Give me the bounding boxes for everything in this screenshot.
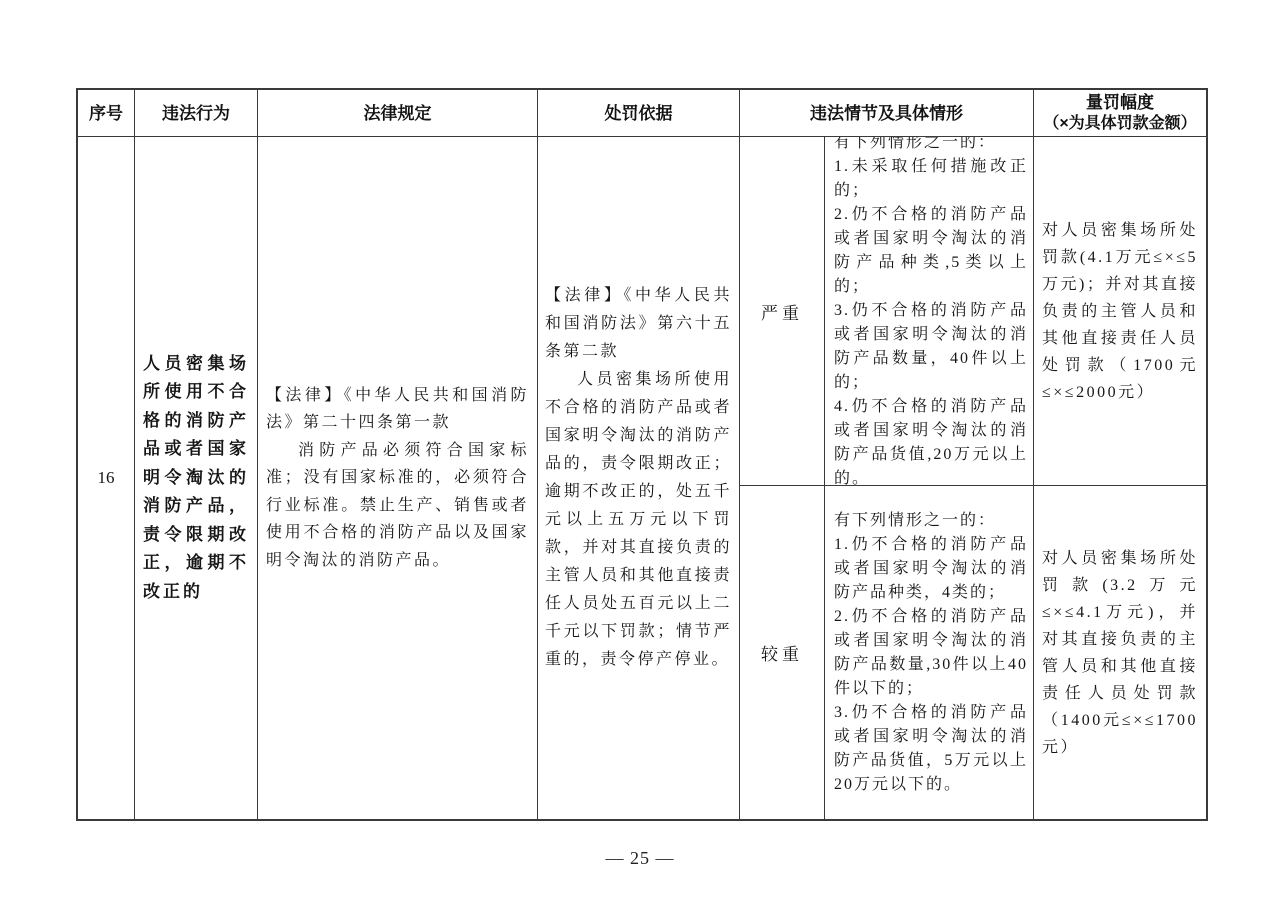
header-penalty-range-label: 量罚幅度 (1086, 92, 1154, 113)
penalty-basis-heading: 【法律】《中华人民共和国消防法》第六十五条第二款 (545, 282, 732, 366)
penalty-range-text-serious: 对人员密集场所处罚款(3.2万元≤×≤4.1万元)，并对其直接负责的主管人员和其… (1042, 545, 1198, 761)
penalty-range-cell-serious: 对人员密集场所处罚款(3.2万元≤×≤4.1万元)，并对其直接负责的主管人员和其… (1034, 486, 1206, 819)
circumstances-cell-severe: 有下列情形之一的： 1.未采取任何措施改正的； 2.仍不合格的消防产品或者国家明… (825, 137, 1034, 486)
serial-number-cell: 16 (78, 137, 135, 819)
legal-provision-body: 消防产品必须符合国家标准；没有国家标准的，必须符合行业标准。禁止生产、销售或者使… (266, 437, 529, 575)
circumstance-item: 1.仍不合格的消防产品或者国家明令淘汰的消防产品种类，4类的； (834, 533, 1028, 605)
severity-cell-serious: 较重 (740, 486, 825, 819)
header-serial: 序号 (78, 90, 135, 137)
circumstances-intro: 有下列情形之一的： (834, 137, 1028, 155)
page-number: — 25 — (0, 848, 1280, 869)
penalty-basis-cell: 【法律】《中华人民共和国消防法》第六十五条第二款 人员密集场所使用不合格的消防产… (538, 137, 740, 819)
penalty-basis-body: 人员密集场所使用不合格的消防产品或者国家明令淘汰的消防产品的，责令限期改正；逾期… (545, 366, 732, 674)
severity-label-serious: 较重 (761, 640, 803, 665)
circumstance-item: 4.仍不合格的消防产品或者国家明令淘汰的消防产品货值,20万元以上的。 (834, 395, 1028, 486)
legal-provision-cell: 【法律】《中华人民共和国消防法》第二十四条第一款 消防产品必须符合国家标准；没有… (258, 137, 538, 819)
header-penalty-basis: 处罚依据 (538, 90, 740, 137)
circumstances-intro: 有下列情形之一的： (834, 509, 1028, 533)
header-penalty-basis-label: 处罚依据 (605, 103, 673, 124)
circumstance-item: 3.仍不合格的消防产品或者国家明令淘汰的消防产品数量，40件以上的； (834, 299, 1028, 395)
header-serial-label: 序号 (89, 103, 123, 124)
circumstance-item: 3.仍不合格的消防产品或者国家明令淘汰的消防产品货值，5万元以上20万元以下的。 (834, 701, 1028, 797)
header-illegal-behavior: 违法行为 (135, 90, 258, 137)
header-legal-provision: 法律规定 (258, 90, 538, 137)
severity-cell-severe: 严重 (740, 137, 825, 486)
illegal-behavior-text: 人员密集场所使用不合格的消防产品或者国家明令淘汰的消防产品，责令限期改正，逾期不… (143, 350, 249, 607)
circumstance-item: 2.仍不合格的消防产品或者国家明令淘汰的消防产品种类,5类以上的； (834, 203, 1028, 299)
header-circumstances-label: 违法情节及具体情形 (810, 103, 963, 124)
document-page: { "page": { "number": "— 25 —" }, "table… (0, 0, 1280, 905)
header-penalty-range-note: （×为具体罚款金额） (1043, 113, 1196, 134)
header-illegal-behavior-label: 违法行为 (162, 103, 230, 124)
legal-provision-heading: 【法律】《中华人民共和国消防法》第二十四条第一款 (266, 382, 529, 437)
penalty-range-text-severe: 对人员密集场所处罚款(4.1万元≤×≤5万元)；并对其直接负责的主管人员和其他直… (1042, 217, 1198, 406)
illegal-behavior-cell: 人员密集场所使用不合格的消防产品或者国家明令淘汰的消防产品，责令限期改正，逾期不… (135, 137, 258, 819)
header-penalty-range: 量罚幅度 （×为具体罚款金额） (1034, 90, 1206, 137)
serial-number: 16 (98, 468, 115, 488)
circumstance-item: 2.仍不合格的消防产品或者国家明令淘汰的消防产品数量,30件以上40件以下的； (834, 605, 1028, 701)
penalty-range-cell-severe: 对人员密集场所处罚款(4.1万元≤×≤5万元)；并对其直接负责的主管人员和其他直… (1034, 137, 1206, 486)
circumstance-item: 1.未采取任何措施改正的； (834, 155, 1028, 203)
header-circumstances: 违法情节及具体情形 (740, 90, 1034, 137)
penalty-discretion-table: 序号 违法行为 法律规定 处罚依据 违法情节及具体情形 量罚幅度 （×为具体罚款… (76, 88, 1208, 821)
header-legal-provision-label: 法律规定 (364, 103, 432, 124)
severity-label-severe: 严重 (761, 299, 803, 324)
circumstances-cell-serious: 有下列情形之一的： 1.仍不合格的消防产品或者国家明令淘汰的消防产品种类，4类的… (825, 486, 1034, 819)
